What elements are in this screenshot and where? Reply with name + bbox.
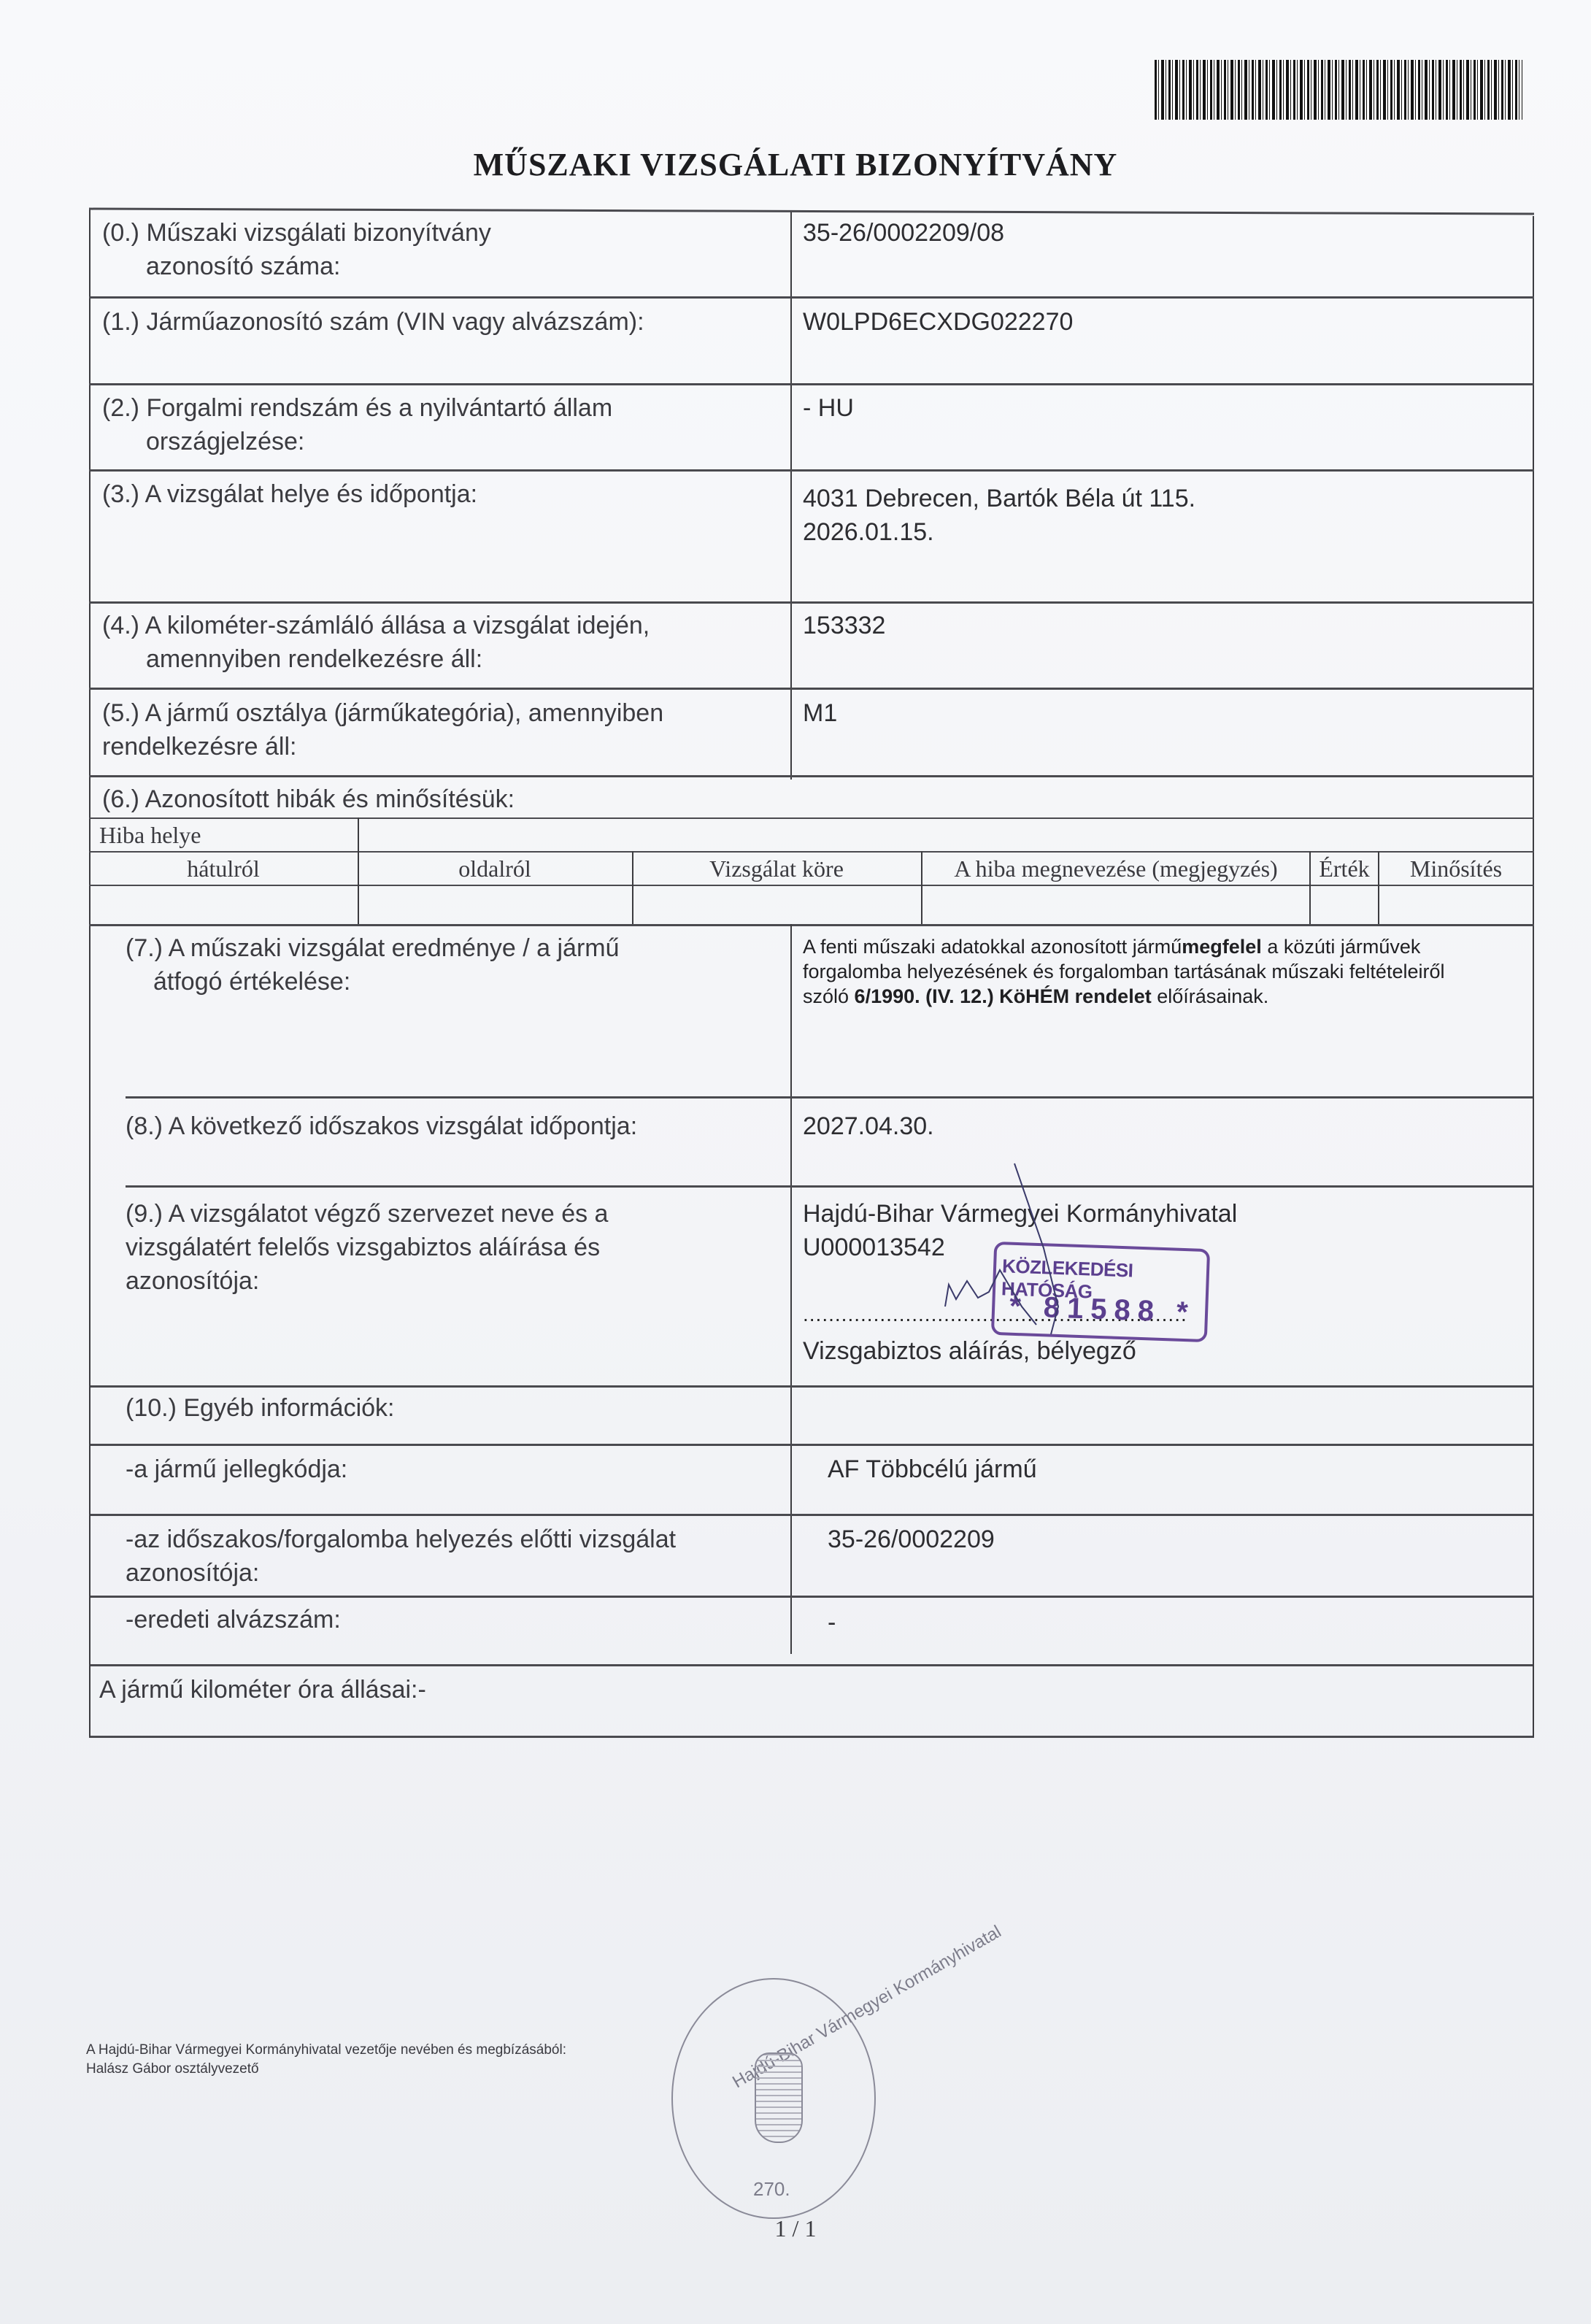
row-line: [89, 1664, 1534, 1666]
inspection-result-text: A fenti műszaki adatokkal azonosított já…: [803, 934, 1525, 1009]
row-line: [89, 688, 1534, 690]
footer-authorization: A Hajdú-Bihar Vármegyei Kormányhivatal v…: [86, 2041, 566, 2079]
result-verdict: megfelel: [1182, 936, 1262, 958]
col-header-vizsgalat-kore: Vizsgálat köre: [632, 853, 921, 885]
plate-country-value: - HU: [803, 391, 854, 425]
barcode: [1155, 60, 1522, 120]
row-line: [89, 1385, 1534, 1388]
inspection-date: 2026.01.15.: [803, 515, 1195, 549]
result-line1: A fenti műszaki adatokkal azonosított já…: [803, 934, 1525, 959]
official-seal: Hajdú-Bihar Vármegyei Kormányhivatal 270…: [671, 1978, 876, 2219]
coat-of-arms-icon: [755, 2052, 803, 2143]
table-right-border: [1533, 216, 1534, 1026]
vehicle-type-code-value: AF Többcélú jármű: [828, 1452, 1037, 1486]
field-9-label-line3: azonosítója:: [126, 1264, 608, 1298]
field-0-label: (0.) Műszaki vizsgálati bizonyítvány azo…: [102, 216, 774, 283]
row-line: [126, 1096, 1533, 1098]
regulation-reference: 6/1990. (IV. 12.) KöHÉM rendelet: [855, 985, 1152, 1007]
row-line: [89, 1514, 1534, 1516]
field-8-label: (8.) A következő időszakos vizsgálat idő…: [126, 1109, 637, 1143]
previous-inspection-label: -az időszakos/forgalomba helyezés előtti…: [126, 1523, 676, 1590]
field-4-label: (4.) A kilométer-számláló állása a vizsg…: [102, 609, 650, 676]
document-title: MŰSZAKI VIZSGÁLATI BIZONYÍTVÁNY: [0, 146, 1591, 183]
previous-inspection-value: 35-26/0002209: [828, 1523, 995, 1556]
column-divider-lower: [790, 924, 792, 1654]
row-line: [89, 601, 1534, 604]
field-1-label: (1.) Járműazonosító szám (VIN vagy alváz…: [102, 305, 644, 339]
certificate-page: MŰSZAKI VIZSGÁLATI BIZONYÍTVÁNY (0.) Műs…: [0, 0, 1591, 2324]
row-line: [89, 775, 1534, 777]
field-10-label: (10.) Egyéb információk:: [126, 1391, 395, 1425]
defects-line: [89, 885, 1534, 886]
vin-value: W0LPD6ECXDG022270: [803, 305, 1073, 339]
footer-line2: Halász Gábor osztályvezető: [86, 2060, 566, 2079]
result-line3: szóló 6/1990. (IV. 12.) KöHÉM rendelet e…: [803, 984, 1525, 1009]
result-text: a közúti járművek: [1262, 936, 1421, 958]
field-2-label: (2.) Forgalmi rendszám és a nyilvántartó…: [102, 391, 612, 458]
previous-inspection-label-line2: azonosítója:: [126, 1556, 676, 1590]
result-text: szóló: [803, 985, 855, 1007]
field-9-label-line1: (9.) A vizsgálatot végző szervezet neve …: [126, 1197, 608, 1231]
row-line: [126, 1185, 1533, 1188]
field-7-label: (7.) A műszaki vizsgálat eredménye / a j…: [126, 931, 620, 999]
defects-line: [89, 924, 1534, 926]
field-9-label: (9.) A vizsgálatot végző szervezet neve …: [126, 1197, 608, 1298]
odometer-readings: A jármű kilométer óra állásai:-: [99, 1673, 426, 1707]
field-9-label-line2: vizsgálatért felelős vizsgabiztos aláírá…: [126, 1231, 608, 1264]
previous-inspection-label-line1: -az időszakos/forgalomba helyezés előtti…: [126, 1523, 676, 1556]
original-chassis-label: -eredeti alvázszám:: [126, 1603, 341, 1636]
vehicle-type-code-label: -a jármű jellegkódja:: [126, 1452, 347, 1486]
defect-location-header: Hiba helye: [99, 819, 201, 851]
result-text: előírásainak.: [1152, 985, 1269, 1007]
seal-number: 270.: [753, 2178, 790, 2201]
field-4-label-line1: (4.) A kilométer-számláló állása a vizsg…: [102, 609, 650, 642]
table-bottom-border: [89, 1736, 1534, 1738]
field-7-label-line2: átfogó értékelése:: [126, 965, 620, 999]
field-5-label-line1: (5.) A jármű osztálya (járműkategória), …: [102, 696, 663, 730]
table-left-border-lower: [89, 1026, 90, 1737]
field-0-label-line2: azonosító száma:: [102, 250, 774, 283]
footer-line1: A Hajdú-Bihar Vármegyei Kormányhivatal v…: [86, 2041, 566, 2060]
odometer-value: 153332: [803, 609, 885, 642]
field-7-label-line1: (7.) A műszaki vizsgálat eredménye / a j…: [126, 931, 620, 965]
certificate-id-value: 35-26/0002209/08: [803, 216, 1004, 250]
field-3-label: (3.) A vizsgálat helye és időpontja:: [102, 477, 477, 511]
page-number: 1 / 1: [0, 2212, 1591, 2245]
field-4-label-line2: amennyiben rendelkezésre áll:: [102, 642, 650, 676]
next-inspection-date: 2027.04.30.: [803, 1109, 934, 1143]
inspection-place: 4031 Debrecen, Bartók Béla út 115.: [803, 482, 1195, 515]
inspection-place-date: 4031 Debrecen, Bartók Béla út 115. 2026.…: [803, 482, 1195, 549]
row-line: [89, 296, 1534, 299]
result-text: A fenti műszaki adatokkal azonosított já…: [803, 936, 1182, 958]
row-line: [89, 1444, 1534, 1446]
row-line: [89, 383, 1534, 385]
col-header-hiba-megnevezese: A hiba megnevezése (megjegyzés): [922, 853, 1309, 885]
column-divider: [790, 210, 792, 780]
table-left-border: [89, 209, 90, 1026]
row-line: [89, 208, 1534, 215]
col-header-hatulrol: hátulról: [89, 853, 358, 885]
field-2-label-line2: országjelzése:: [102, 425, 612, 458]
field-5-label: (5.) A jármű osztálya (járműkategória), …: [102, 696, 663, 763]
vehicle-category-value: M1: [803, 696, 837, 730]
field-5-label-line2: rendelkezésre áll:: [102, 730, 663, 763]
signature-icon: [934, 1161, 1080, 1343]
row-line: [89, 1596, 1534, 1598]
defects-line: [89, 817, 1534, 819]
col-header-oldalrol: oldalról: [358, 853, 632, 885]
field-2-label-line1: (2.) Forgalmi rendszám és a nyilvántartó…: [102, 391, 612, 425]
result-line2: forgalomba helyezésének és forgalomban t…: [803, 959, 1525, 984]
col-header-ertek: Érték: [1311, 853, 1378, 885]
field-6-label: (6.) Azonosított hibák és minősítésük:: [102, 782, 515, 816]
field-0-label-line1: (0.) Műszaki vizsgálati bizonyítvány: [102, 216, 774, 250]
col-header-minosites: Minősítés: [1379, 853, 1533, 885]
table-right-border-lower: [1533, 1026, 1534, 1737]
row-line: [89, 469, 1534, 472]
original-chassis-value: -: [828, 1606, 836, 1639]
